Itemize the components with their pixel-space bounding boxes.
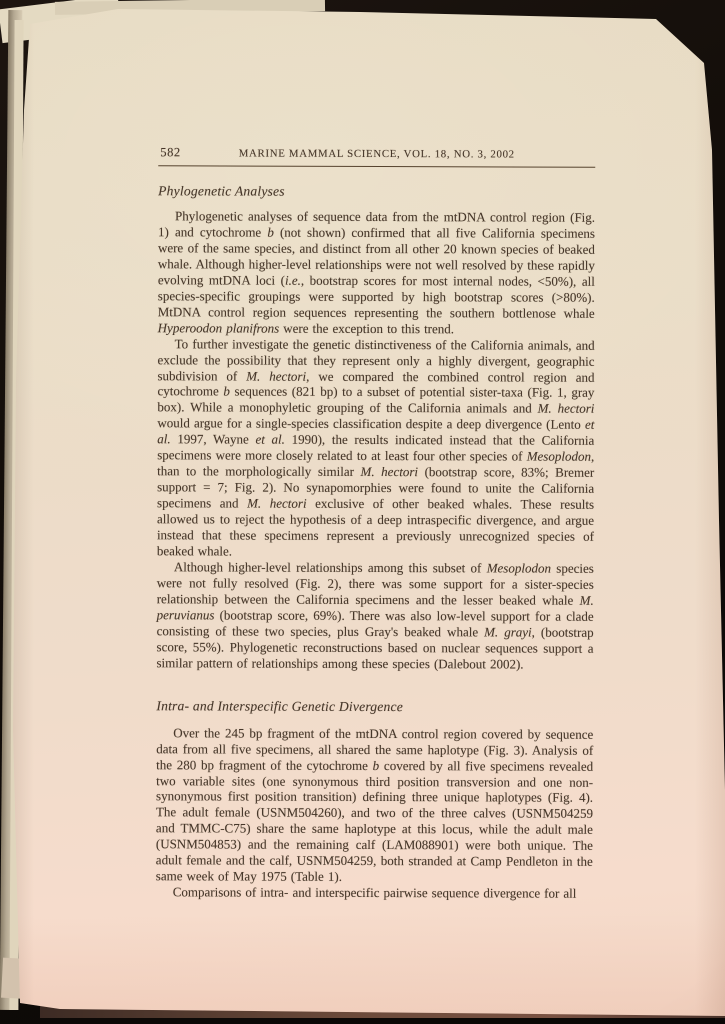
photo-background: 582 MARINE MAMMAL SCIENCE, VOL. 18, NO. …	[0, 0, 725, 1024]
paragraph: Although higher-level relationships amon…	[156, 559, 593, 672]
journal-title: MARINE MAMMAL SCIENCE, VOL. 18, NO. 3, 2…	[158, 145, 595, 161]
paper-sheet: 582 MARINE MAMMAL SCIENCE, VOL. 18, NO. …	[0, 0, 725, 1024]
header-rule	[158, 165, 595, 168]
section-heading-phylogenetic-analyses: Phylogenetic Analyses	[158, 183, 595, 201]
paragraph: Over the 245 bp fragment of the mtDNA co…	[156, 725, 594, 886]
paragraph: Comparisons of intra- and interspecific …	[156, 884, 593, 901]
paragraph: To further investigate the genetic disti…	[157, 336, 595, 561]
section-heading-genetic-divergence: Intra- and Interspecific Genetic Diverge…	[156, 698, 593, 716]
running-header: 582 MARINE MAMMAL SCIENCE, VOL. 18, NO. …	[158, 145, 595, 164]
paragraph: Phylogenetic analyses of sequence data f…	[158, 208, 595, 337]
page-content: 582 MARINE MAMMAL SCIENCE, VOL. 18, NO. …	[156, 145, 596, 902]
page-number: 582	[160, 145, 180, 160]
